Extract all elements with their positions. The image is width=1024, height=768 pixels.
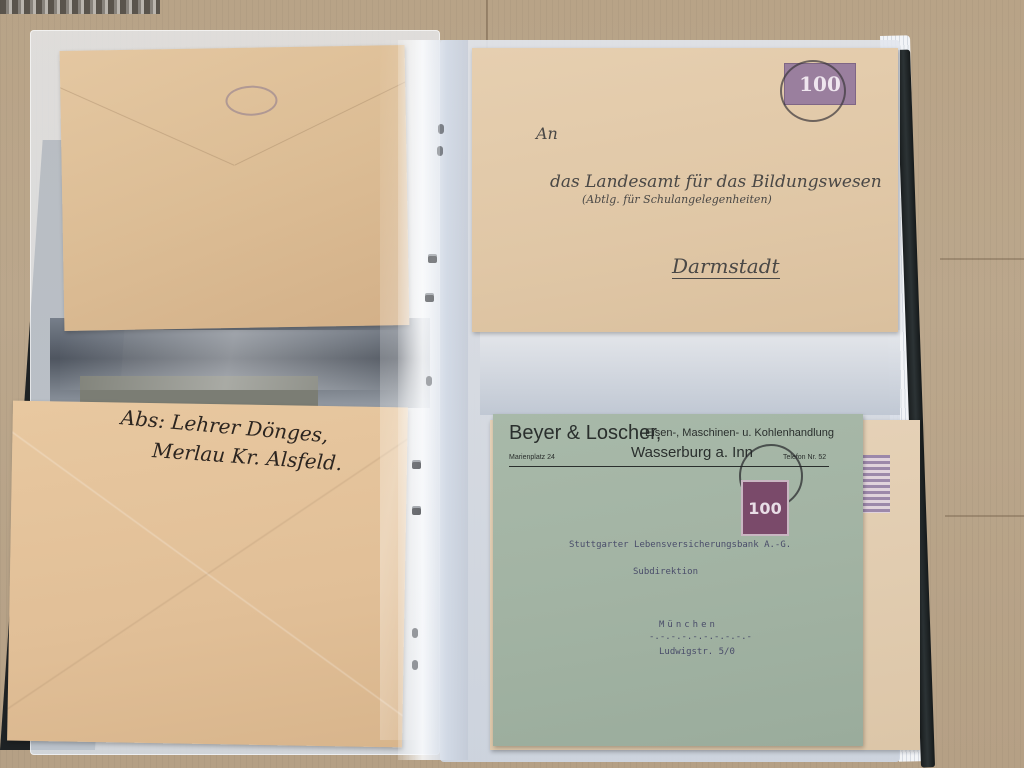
stamp-100: 100 (741, 480, 789, 536)
postmark-circle-icon (780, 60, 846, 122)
binder-ring-icon (428, 256, 437, 263)
punch-hole-icon (426, 376, 432, 386)
pocket-divider-right (480, 330, 900, 415)
stamp-striped-icon (860, 455, 890, 513)
letterhead-trade: Eisen-, Maschinen- u. Kohlenhandlung (645, 427, 834, 439)
cardboard-fold (945, 515, 1024, 517)
packing-tape (0, 0, 160, 14)
punch-hole-icon (412, 628, 418, 638)
punch-hole-icon (412, 660, 418, 670)
binder-ring-icon (412, 462, 421, 469)
envelope-flap (60, 45, 410, 331)
typed-department: Subdirektion (633, 567, 698, 577)
typed-street: Ludwigstr. 5/0 (659, 647, 735, 657)
destination-city: Darmstadt (672, 254, 780, 279)
addressee: das Landesamt für das Bildungswesen (550, 172, 882, 192)
letterhead-firm: Beyer & Loscher, (509, 422, 661, 445)
letterhead-street: Marienplatz 24 (509, 454, 555, 461)
punch-hole-icon (438, 124, 444, 134)
cardboard-fold (940, 258, 1024, 260)
envelope-top-right: 100 An das Landesamt für das Bildungswes… (472, 48, 898, 332)
department: (Abtlg. für Schulangelegenheiten) (582, 193, 772, 206)
letterhead-town: Wasserburg a. Inn (631, 444, 753, 461)
binder-ring-icon (412, 508, 421, 515)
album-spine (398, 40, 468, 760)
typed-separator: -.-.-.-.-.-.-.-.-.- (649, 632, 752, 642)
envelope-bottom-right: Beyer & Loscher, Eisen-, Maschinen- u. K… (493, 414, 863, 746)
typed-city: München (659, 620, 718, 630)
typed-addressee: Stuttgarter Lebensversicherungsbank A.-G… (569, 540, 791, 550)
envelope-bottom-left: Abs: Lehrer Dönges, Merlau Kr. Alsfeld. (7, 401, 408, 748)
binder-ring-icon (425, 295, 434, 302)
envelope-top-left (60, 45, 410, 331)
punch-hole-icon (437, 146, 443, 156)
salutation: An (536, 124, 558, 143)
